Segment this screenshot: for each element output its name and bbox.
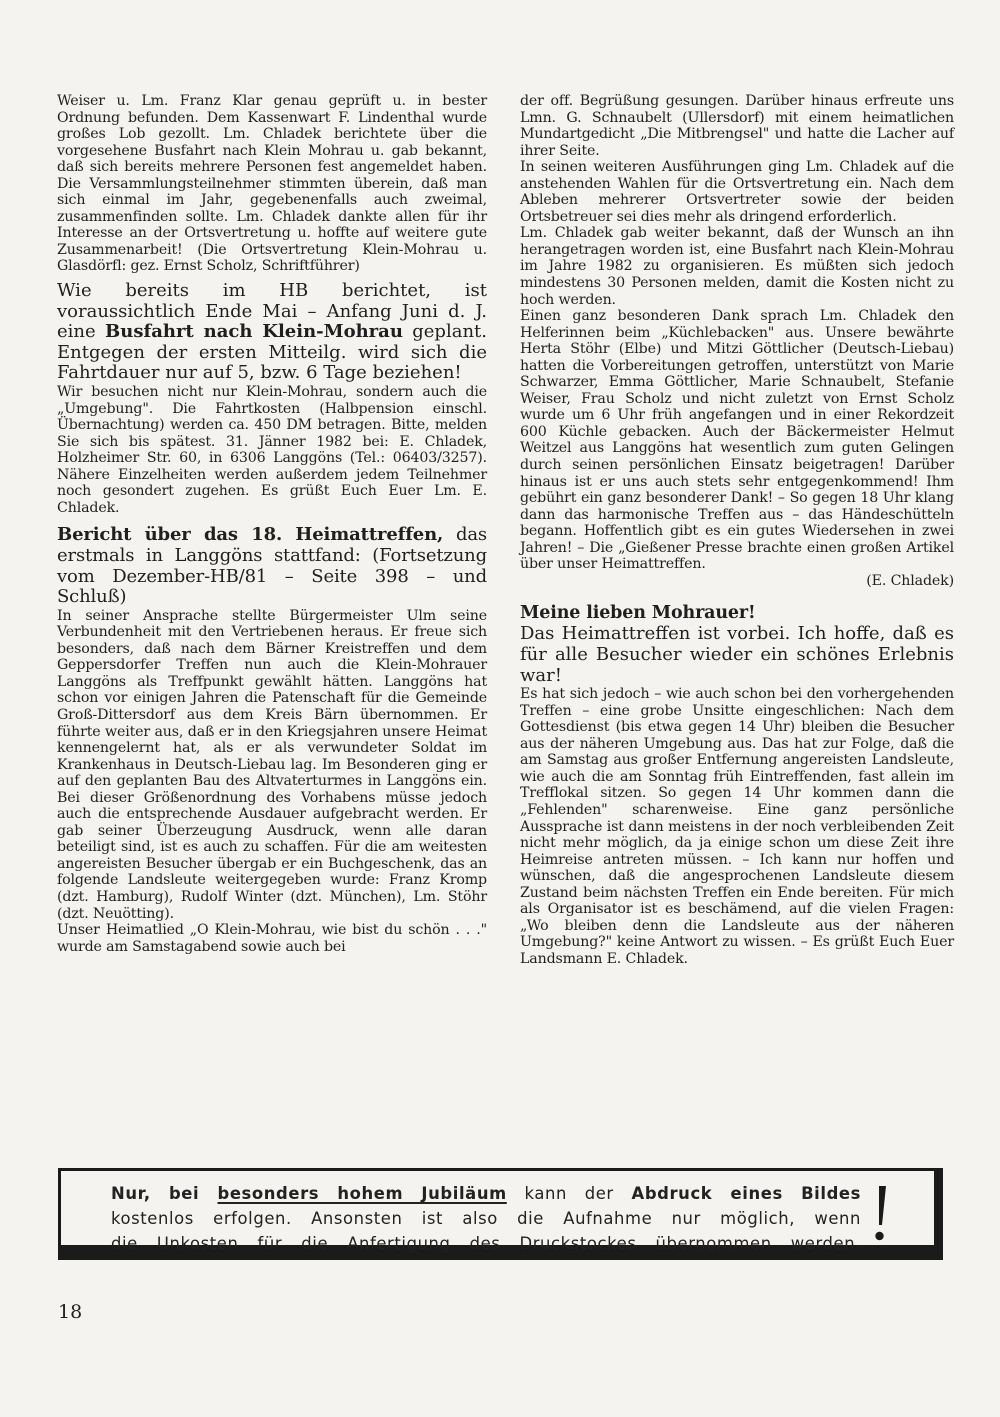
- letter-body: Es hat sich jedoch – wie auch schon bei …: [520, 686, 954, 967]
- signature: (E. Chladek): [520, 573, 954, 590]
- paragraph-heimatlied: Unser Heimatlied „O Klein-Mohrau, wie bi…: [57, 922, 487, 955]
- letter-intro: Das Heimattreffen ist vorbei. Ich hoffe,…: [520, 624, 954, 686]
- notice-line-2: kostenlos erfolgen. Ansonsten ist also d…: [111, 1206, 861, 1231]
- notice-line-3: die Unkosten für die Anfertigung des Dru…: [111, 1231, 861, 1256]
- bus-trip-announcement: Wie bereits im HB berichtet, ist vorauss…: [57, 281, 487, 384]
- bus-trip-highlight: Busfahrt nach Klein-Mohrau: [105, 321, 403, 342]
- report-heading: Bericht über das 18. Heimattreffen, das …: [57, 525, 487, 607]
- paragraph-meeting-summary: Weiser u. Lm. Franz Klar genau geprüft u…: [57, 93, 487, 275]
- paragraph-elections: In seinen weiteren Ausführungen ging Lm.…: [520, 159, 954, 225]
- paragraph-bus-trip-request: Lm. Chladek gab weiter bekannt, daß der …: [520, 225, 954, 308]
- right-column: der off. Begrüßung gesungen. Darüber hin…: [520, 93, 954, 967]
- paragraph-thanks: Einen ganz besonderen Dank sprach Lm. Ch…: [520, 308, 954, 573]
- notice-underlined-jubilee: besonders hohem Jubiläum: [217, 1184, 506, 1203]
- left-column: Weiser u. Lm. Franz Klar genau geprüft u…: [57, 93, 487, 955]
- notice-line-1: Nur, bei besonders hohem Jubiläum kann d…: [111, 1181, 861, 1206]
- paragraph-bus-trip-details: Wir besuchen nicht nur Klein-Mohrau, son…: [57, 384, 487, 516]
- letter-heading: Meine lieben Mohrauer!: [520, 603, 954, 624]
- paragraph-mayor-speech: In seiner Ansprache stellte Bürgermeiste…: [57, 608, 487, 922]
- report-heading-bold: Bericht über das 18. Heimattreffen,: [57, 524, 443, 545]
- page-number: 18: [58, 1301, 82, 1323]
- paragraph-greeting-continuation: der off. Begrüßung gesungen. Darüber hin…: [520, 93, 954, 159]
- photo-print-notice-box: Nur, bei besonders hohem Jubiläum kann d…: [58, 1168, 943, 1260]
- exclamation-mark-icon: [873, 1185, 887, 1243]
- newsletter-page: Weiser u. Lm. Franz Klar genau geprüft u…: [0, 0, 1000, 1417]
- notice-text: Nur, bei besonders hohem Jubiläum kann d…: [111, 1181, 861, 1256]
- notice-bold-photo: Abdruck eines Bildes: [632, 1184, 861, 1203]
